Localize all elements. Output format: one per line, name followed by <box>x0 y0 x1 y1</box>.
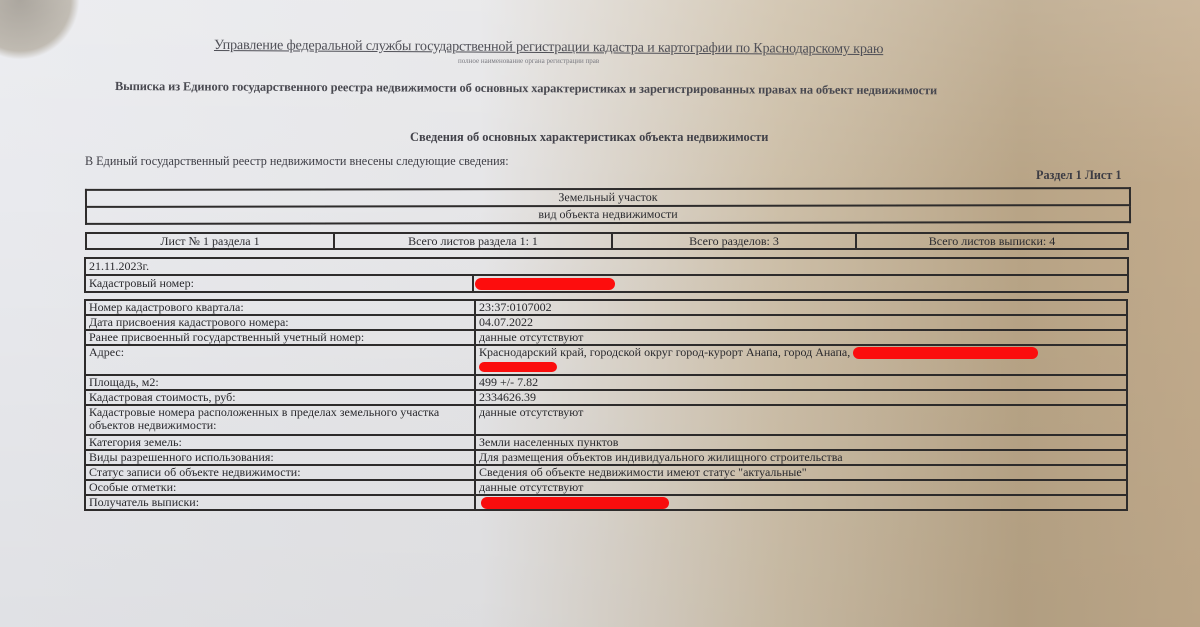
sections-total: Всего разделов: 3 <box>612 233 856 249</box>
field-value: данные отсутствуют <box>475 480 1127 495</box>
field-label: Особые отметки: <box>85 480 475 495</box>
field-value: 2334626.39 <box>475 390 1127 405</box>
field-label: Номер кадастрового квартала: <box>85 300 475 315</box>
recipient-value <box>475 495 1127 510</box>
field-label: Кадастровая стоимость, руб: <box>85 390 475 405</box>
field-value: 23:37:0107002 <box>475 300 1127 315</box>
redaction-mark <box>475 278 615 290</box>
table-row: Статус записи об объекте недвижимости: С… <box>85 465 1127 480</box>
redaction-mark <box>481 497 669 509</box>
field-value: Для размещения объектов индивидуального … <box>475 450 1127 465</box>
extract-date: 21.11.2023г. <box>85 258 1128 275</box>
organization-name: Управление федеральной службы государств… <box>214 37 883 58</box>
field-label: Ранее присвоенный государственный учетны… <box>85 330 475 345</box>
field-label: Площадь, м2: <box>85 375 475 390</box>
sheet-number: Лист № 1 раздела 1 <box>86 233 334 249</box>
table-row: Особые отметки: данные отсутствуют <box>85 480 1127 495</box>
sheet-reference: Раздел 1 Лист 1 <box>1036 168 1121 183</box>
intro-text: В Единый государственный реестр недвижим… <box>85 154 509 169</box>
table-row: Кадастровые номера расположенных в преде… <box>85 405 1127 435</box>
table-row: Получатель выписки: <box>85 495 1127 510</box>
address-text: Краснодарский край, городской округ горо… <box>479 345 850 359</box>
cadastral-number-value <box>473 275 1128 292</box>
redaction-mark <box>479 362 557 372</box>
field-label: Получатель выписки: <box>85 495 475 510</box>
table-row: Номер кадастрового квартала: 23:37:01070… <box>85 300 1127 315</box>
table-row: Категория земель: Земли населенных пункт… <box>85 435 1127 450</box>
field-value: Земли населенных пунктов <box>475 435 1127 450</box>
field-label: Кадастровые номера расположенных в преде… <box>85 405 475 435</box>
sheet-info-table: Лист № 1 раздела 1 Всего листов раздела … <box>85 232 1129 250</box>
address-value: Краснодарский край, городской округ горо… <box>475 345 1127 375</box>
characteristics-table: Номер кадастрового квартала: 23:37:01070… <box>84 299 1128 511</box>
field-value: 04.07.2022 <box>475 315 1127 330</box>
field-value: данные отсутствуют <box>475 330 1127 345</box>
field-label: Категория земель: <box>85 435 475 450</box>
document-photo: Управление федеральной службы государств… <box>0 0 1200 627</box>
section-title: Сведения об основных характеристиках объ… <box>410 130 768 145</box>
field-value: 499 +/- 7.82 <box>475 375 1127 390</box>
section-sheets-total: Всего листов раздела 1: 1 <box>334 233 612 249</box>
field-value: данные отсутствуют <box>475 405 1127 435</box>
cadastral-id-table: 21.11.2023г. Кадастровый номер: <box>84 257 1129 293</box>
object-type-table: Земельный участок вид объекта недвижимос… <box>85 187 1131 225</box>
field-value: Сведения об объекте недвижимости имеют с… <box>475 465 1127 480</box>
object-type-caption: вид объекта недвижимости <box>86 205 1130 224</box>
table-row: Площадь, м2: 499 +/- 7.82 <box>85 375 1127 390</box>
field-label: Статус записи об объекте недвижимости: <box>85 465 475 480</box>
field-label: Адрес: <box>85 345 475 375</box>
redaction-mark <box>853 347 1038 359</box>
table-row: Адрес: Краснодарский край, городской окр… <box>85 345 1127 375</box>
extract-title: Выписка из Единого государственного реес… <box>115 79 937 98</box>
cadastral-number-label: Кадастровый номер: <box>85 275 473 292</box>
table-row: Дата присвоения кадастрового номера: 04.… <box>85 315 1127 330</box>
field-label: Дата присвоения кадастрового номера: <box>85 315 475 330</box>
table-row: Кадастровая стоимость, руб: 2334626.39 <box>85 390 1127 405</box>
organization-caption: полное наименование органа регистрации п… <box>458 57 599 65</box>
object-type: Земельный участок <box>86 188 1130 207</box>
field-label: Виды разрешенного использования: <box>85 450 475 465</box>
extract-sheets-total: Всего листов выписки: 4 <box>856 233 1128 249</box>
table-row: Ранее присвоенный государственный учетны… <box>85 330 1127 345</box>
table-row: Виды разрешенного использования: Для раз… <box>85 450 1127 465</box>
background-corner <box>0 0 80 60</box>
